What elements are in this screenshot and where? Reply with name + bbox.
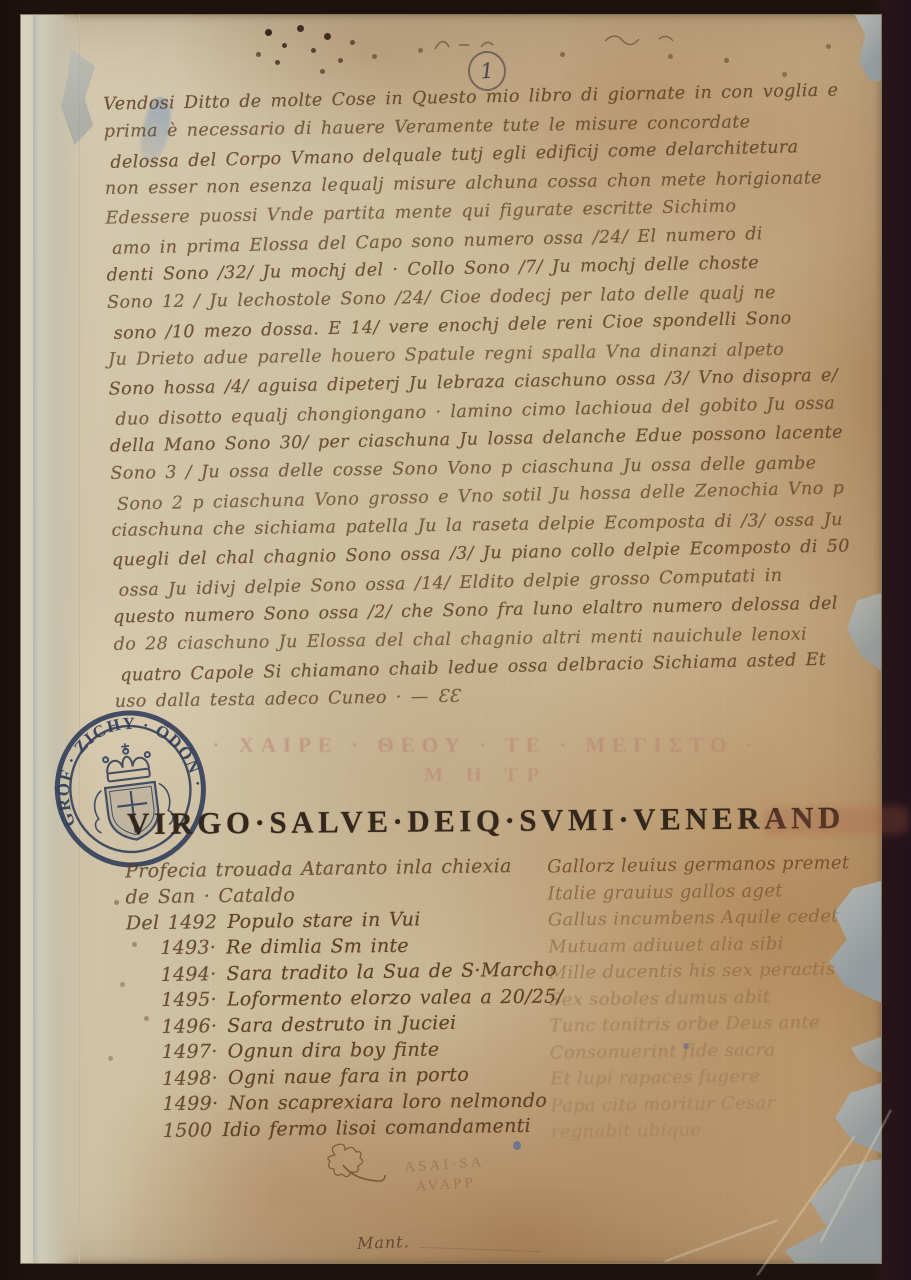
- main-text-block: Vendosi Ditto de molte Cose in Questo mi…: [103, 75, 907, 717]
- prophecy-year: 1496·: [161, 1013, 217, 1040]
- prophecy-year: 1500: [163, 1117, 213, 1144]
- prophecy-year: 1493·: [160, 935, 216, 961]
- crown-icon: [101, 740, 152, 781]
- prophecy-year: 1495·: [161, 987, 217, 1013]
- prophecy-year: 1497·: [162, 1039, 218, 1065]
- spine-edge: [21, 15, 80, 1263]
- red-rubric: · ΧΑΙΡΕ · ΘΕΟΥ · ΤΕ · ΜΕΓΙΣΤΟ · Μ Η ΤΡ: [171, 733, 801, 787]
- prophecy-year: 1494·: [160, 961, 216, 988]
- rubric-line1: · ΧΑΙΡΕ · ΘΕΟΥ · ΤΕ · ΜΕΓΙΣΤΟ ·: [171, 733, 801, 758]
- prophecy-entry: 1497·Ognun dira boy finte: [128, 1036, 548, 1066]
- prophecy-entry: 1495·Loformento elorzo valea a 20/25/: [127, 984, 547, 1014]
- prophecy-text: Sara tradito la Sua de S·Marcho: [226, 958, 557, 985]
- prophecy-entry: 1500Idio fermo lisoi comandamenti: [129, 1113, 549, 1145]
- folio-number-text: 1: [479, 59, 494, 84]
- prophecy-text: Sara destruto in Juciei: [227, 1012, 456, 1037]
- marginal-note-tail: [421, 1237, 541, 1252]
- blue-ink-dot: [513, 1141, 521, 1150]
- prophecy-entry: 1499·Non scaprexiara loro nelmondo: [128, 1088, 548, 1118]
- prophecy-text: Re dimlia Sm inte: [226, 935, 409, 959]
- prophecy-entry: 1493·Re dimlia Sm inte: [126, 932, 546, 962]
- damage-patch: [855, 15, 881, 81]
- latin-title: VIRGO·SALVE·DEIQ·SVMI·VENERAND: [127, 800, 845, 842]
- pen-squiggle: [601, 25, 691, 49]
- prophecy-text: Non scaprexiara loro nelmondo: [228, 1090, 547, 1115]
- prophecy-year: 1498·: [162, 1065, 218, 1092]
- rubric-line2: Μ Η ΤΡ: [171, 764, 801, 787]
- leaf-doodle: [317, 1141, 389, 1197]
- prophecy-year: Del 1492: [126, 909, 218, 936]
- manuscript-photo: 1 Vendosi Ditto de molte Cose in Questo …: [0, 0, 911, 1280]
- two-column-section: Profecia trouada Ataranto inla chiexia d…: [125, 848, 905, 859]
- faded-title-smudge: [763, 806, 909, 837]
- prophecy-column: Profecia trouada Ataranto inla chiexia d…: [125, 853, 549, 1145]
- prophecy-text: Populo stare in Vui: [227, 908, 421, 933]
- parchment-page: 1 Vendosi Ditto de molte Cose in Questo …: [20, 14, 882, 1264]
- prophecy-year: 1499·: [162, 1091, 218, 1117]
- faded-mark-line2: AVAPP: [405, 1172, 486, 1198]
- spine-fold-line: [33, 15, 40, 1263]
- faded-ownership-mark: ASAI·SA AVAPP: [404, 1152, 487, 1197]
- prophecy-text: Loformento elorzo valea a 20/25/: [227, 986, 564, 1011]
- prophecy-text: Ogni naue fara in porto: [228, 1064, 469, 1089]
- damage-patch: [785, 1159, 881, 1263]
- prophecy-list: Del 1492Populo stare in Vui 1493·Re diml…: [126, 905, 549, 1145]
- prophecy-text: Ognun dira boy finte: [228, 1039, 440, 1063]
- prophecy-text: Idio fermo lisoi comandamenti: [222, 1115, 531, 1141]
- latin-line: regnabit ubique: [551, 1115, 907, 1146]
- ink-specks: [21, 15, 24, 18]
- marginal-note: Mant.: [357, 1232, 410, 1253]
- latin-column: Gallorz leuius germanos premetItalie gra…: [547, 850, 907, 1146]
- paper-crease: [664, 1220, 777, 1263]
